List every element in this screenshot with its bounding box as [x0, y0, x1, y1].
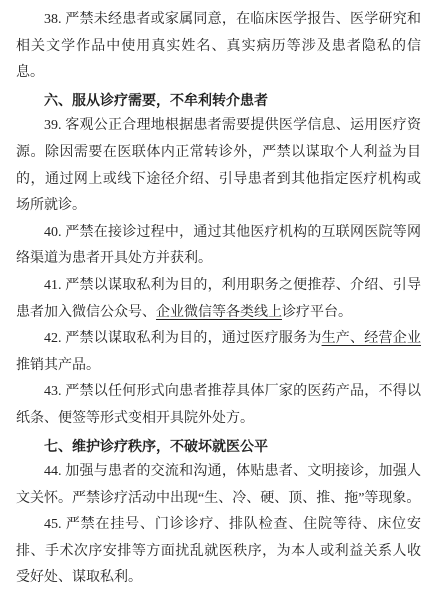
document-body: 38. 严禁未经患者或家属同意，在临床医学报告、医学研究和相关文学作品中使用真实… [16, 7, 421, 592]
section-heading: 六、服从诊疗需要，不牟利转介患者 [16, 87, 421, 114]
underlined-text: 生产、经营企业 [322, 331, 421, 346]
paragraph-text: 39. 客观公正合理地根据患者需要提供医学信息、运用医疗资源。除因需要在医联体内… [16, 118, 421, 213]
paragraph-text: 42. 严禁以谋取私利为目的，通过医疗服务为 [44, 331, 322, 346]
paragraph-text: 38. 严禁未经患者或家属同意，在临床医学报告、医学研究和相关文学作品中使用真实… [16, 12, 421, 80]
rule-paragraph: 41. 严禁以谋取私利为目的，利用职务之便推荐、介绍、引导患者加入微信公众号、企… [16, 273, 421, 326]
paragraph-text: 六、服从诊疗需要，不牟利转介患者 [44, 92, 268, 108]
paragraph-text: 七、维护诊疗秩序，不破坏就医公平 [44, 438, 268, 454]
underlined-text: 企业微信等各类线上 [156, 305, 282, 320]
document-page: 38. 严禁未经患者或家属同意，在临床医学报告、医学研究和相关文学作品中使用真实… [0, 0, 437, 596]
rule-paragraph: 38. 严禁未经患者或家属同意，在临床医学报告、医学研究和相关文学作品中使用真实… [16, 7, 421, 87]
rule-paragraph: 44. 加强与患者的交流和沟通，体贴患者、文明接诊，加强人文关怀。严禁诊疗活动中… [16, 459, 421, 512]
paragraph-text: 诊疗平台。 [282, 305, 352, 320]
paragraph-text: 45. 严禁在挂号、门诊诊疗、排队检查、住院等待、床位安排、手术次序安排等方面扰… [16, 517, 421, 585]
paragraph-text: 推销其产品。 [16, 358, 100, 373]
rule-paragraph: 40. 严禁在接诊过程中，通过其他医疗机构的互联网医院等网络渠道为患者开具处方并… [16, 220, 421, 273]
paragraph-text: 43. 严禁以任何形式向患者推荐具体厂家的医药产品，不得以纸条、便签等形式变相开… [16, 384, 421, 426]
paragraph-text: 44. 加强与患者的交流和沟通，体贴患者、文明接诊，加强人文关怀。严禁诊疗活动中… [16, 464, 421, 506]
rule-paragraph: 45. 严禁在挂号、门诊诊疗、排队检查、住院等待、床位安排、手术次序安排等方面扰… [16, 512, 421, 592]
rule-paragraph: 39. 客观公正合理地根据患者需要提供医学信息、运用医疗资源。除因需要在医联体内… [16, 113, 421, 219]
section-heading: 七、维护诊疗秩序，不破坏就医公平 [16, 433, 421, 460]
rule-paragraph: 43. 严禁以任何形式向患者推荐具体厂家的医药产品，不得以纸条、便签等形式变相开… [16, 379, 421, 432]
rule-paragraph: 42. 严禁以谋取私利为目的，通过医疗服务为生产、经营企业推销其产品。 [16, 326, 421, 379]
paragraph-text: 40. 严禁在接诊过程中，通过其他医疗机构的互联网医院等网络渠道为患者开具处方并… [16, 225, 421, 267]
